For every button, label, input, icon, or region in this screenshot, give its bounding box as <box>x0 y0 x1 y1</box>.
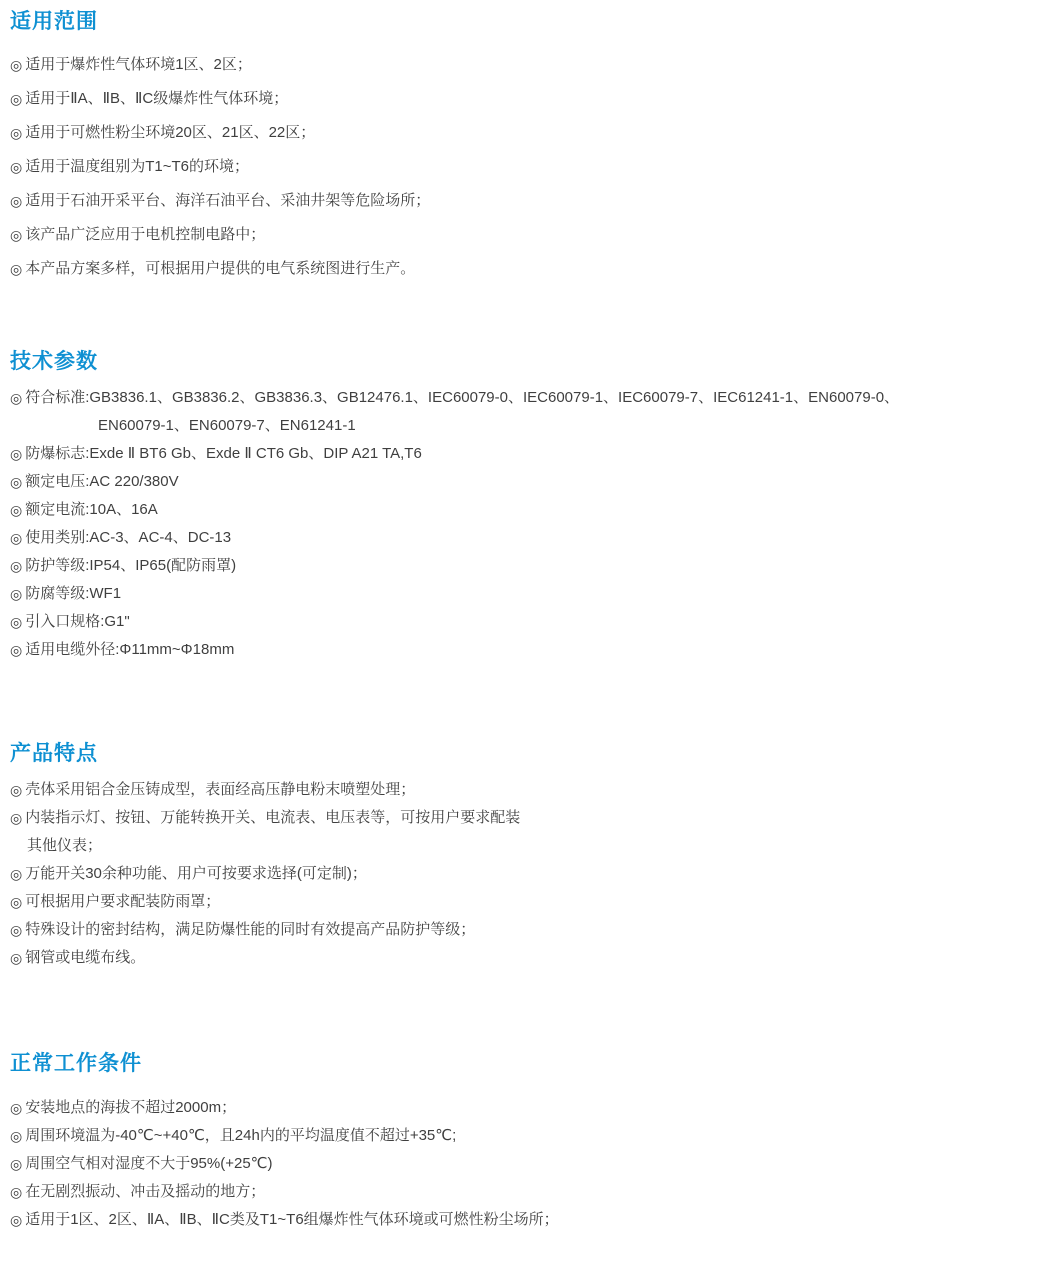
section-list: ◎符合标准:GB3836.1、GB3836.2、GB3836.3、GB12476… <box>10 384 1030 664</box>
bullet-icon: ◎ <box>10 860 22 888</box>
list-item: ◎该产品广泛应用于电机控制电路中； <box>10 218 1030 252</box>
list-item: ◎本产品方案多样，可根据用户提供的电气系统图进行生产。 <box>10 252 1030 286</box>
list-item-text: 本产品方案多样，可根据用户提供的电气系统图进行生产。 <box>25 252 415 286</box>
list-item: ◎额定电流:10A、16A <box>10 496 1030 524</box>
section-title: 正常工作条件 <box>10 1050 1030 1078</box>
section-list: ◎适用于爆炸性气体环境1区、2区；◎适用于ⅡA、ⅡB、ⅡC级爆炸性气体环境；◎适… <box>10 48 1030 286</box>
list-item: ◎防护等级:IP54、IP65(配防雨罩) <box>10 552 1030 580</box>
list-item-text: 特殊设计的密封结构，满足防爆性能的同时有效提高产品防护等级； <box>25 916 475 944</box>
list-item: ◎适用于爆炸性气体环境1区、2区； <box>10 48 1030 82</box>
list-item-text: 使用类别:AC-3、AC-4、DC-13 <box>25 524 231 552</box>
bullet-icon: ◎ <box>10 184 22 218</box>
list-item: ◎安装地点的海拔不超过2000m； <box>10 1094 1030 1122</box>
section-features: 产品特点◎壳体采用铝合金压铸成型，表面经高压静电粉末喷塑处理；◎内装指示灯、按钮… <box>10 740 1030 972</box>
bullet-icon: ◎ <box>10 776 22 804</box>
list-item: ◎可根据用户要求配装防雨罩； <box>10 888 1030 916</box>
list-item: ◎适用于可燃性粉尘环境20区、21区、22区； <box>10 116 1030 150</box>
bullet-icon: ◎ <box>10 636 22 664</box>
list-item: ◎适用电缆外径:Φ11mm~Φ18mm <box>10 636 1030 664</box>
list-item-text: 该产品广泛应用于电机控制电路中； <box>25 218 265 252</box>
section-working-conditions: 正常工作条件◎安装地点的海拔不超过2000m；◎周围环境温为-40℃~+40℃，… <box>10 1050 1030 1234</box>
bullet-icon: ◎ <box>10 1094 22 1122</box>
bullet-icon: ◎ <box>10 580 22 608</box>
list-item: ◎符合标准:GB3836.1、GB3836.2、GB3836.3、GB12476… <box>10 384 1030 412</box>
bullet-icon: ◎ <box>10 384 22 412</box>
list-item: ◎特殊设计的密封结构，满足防爆性能的同时有效提高产品防护等级； <box>10 916 1030 944</box>
bullet-icon: ◎ <box>10 916 22 944</box>
list-item: ◎周围环境温为-40℃~+40℃，且24h内的平均温度值不超过+35℃; <box>10 1122 1030 1150</box>
bullet-icon: ◎ <box>10 116 22 150</box>
bullet-icon: ◎ <box>10 804 22 832</box>
list-item: ◎在无剧烈振动、冲击及摇动的地方； <box>10 1178 1030 1206</box>
list-item: ◎适用于温度组别为T1~T6的环境； <box>10 150 1030 184</box>
list-item-text: 适用于爆炸性气体环境1区、2区； <box>25 48 252 82</box>
list-item-text: 钢管或电缆布线。 <box>25 944 145 972</box>
list-item-text: 周围环境温为-40℃~+40℃，且24h内的平均温度值不超过+35℃; <box>25 1122 456 1150</box>
bullet-icon: ◎ <box>10 608 22 636</box>
bullet-icon: ◎ <box>10 82 22 116</box>
list-item: ◎引入口规格:G1" <box>10 608 1030 636</box>
list-item-text: 在无剧烈振动、冲击及摇动的地方； <box>25 1178 265 1206</box>
section-title: 产品特点 <box>10 740 1030 768</box>
bullet-icon: ◎ <box>10 524 22 552</box>
section-list: ◎壳体采用铝合金压铸成型，表面经高压静电粉末喷塑处理；◎内装指示灯、按钮、万能转… <box>10 776 1030 972</box>
list-item-text: EN60079-1、EN60079-7、EN61241-1 <box>98 412 356 440</box>
list-item-text: 其他仪表； <box>27 832 102 860</box>
list-item: 其他仪表； <box>10 832 1030 860</box>
list-item-text: 防腐等级:WF1 <box>25 580 121 608</box>
catalog-page: 适用范围◎适用于爆炸性气体环境1区、2区；◎适用于ⅡA、ⅡB、ⅡC级爆炸性气体环… <box>0 0 1038 1263</box>
bullet-icon: ◎ <box>10 468 22 496</box>
sections: 适用范围◎适用于爆炸性气体环境1区、2区；◎适用于ⅡA、ⅡB、ⅡC级爆炸性气体环… <box>0 0 1038 1234</box>
list-item-text: 防护等级:IP54、IP65(配防雨罩) <box>25 552 236 580</box>
list-item: ◎适用于ⅡA、ⅡB、ⅡC级爆炸性气体环境； <box>10 82 1030 116</box>
list-item-text: 适用于温度组别为T1~T6的环境； <box>25 150 249 184</box>
list-item-text: 可根据用户要求配装防雨罩； <box>25 888 220 916</box>
list-item-text: 万能开关30余种功能、用户可按要求选择(可定制)； <box>25 860 367 888</box>
list-item: ◎防爆标志:Exde Ⅱ BT6 Gb、Exde Ⅱ CT6 Gb、DIP A2… <box>10 440 1030 468</box>
list-item-text: 额定电流:10A、16A <box>25 496 158 524</box>
list-item: ◎适用于1区、2区、ⅡA、ⅡB、ⅡC类及T1~T6组爆炸性气体环境或可燃性粉尘场… <box>10 1206 1030 1234</box>
section-scope: 适用范围◎适用于爆炸性气体环境1区、2区；◎适用于ⅡA、ⅡB、ⅡC级爆炸性气体环… <box>10 8 1030 286</box>
list-item-text: 适用于ⅡA、ⅡB、ⅡC级爆炸性气体环境； <box>25 82 288 116</box>
list-item-text: 适用于可燃性粉尘环境20区、21区、22区； <box>25 116 315 150</box>
list-item-text: 适用于1区、2区、ⅡA、ⅡB、ⅡC类及T1~T6组爆炸性气体环境或可燃性粉尘场所… <box>25 1206 558 1234</box>
list-item-text: 额定电压:AC 220/380V <box>25 468 178 496</box>
list-item: ◎钢管或电缆布线。 <box>10 944 1030 972</box>
list-item-text: 壳体采用铝合金压铸成型，表面经高压静电粉末喷塑处理； <box>25 776 415 804</box>
list-item-text: 适用于石油开采平台、海洋石油平台、采油井架等危险场所； <box>25 184 430 218</box>
list-item: EN60079-1、EN60079-7、EN61241-1 <box>10 412 1030 440</box>
list-item-text: 周围空气相对湿度不大于95%(+25℃) <box>25 1150 272 1178</box>
bullet-icon: ◎ <box>10 1178 22 1206</box>
bullet-icon: ◎ <box>10 552 22 580</box>
list-item-text: 防爆标志:Exde Ⅱ BT6 Gb、Exde Ⅱ CT6 Gb、DIP A21… <box>25 440 422 468</box>
list-item-text: 引入口规格:G1" <box>25 608 130 636</box>
section-title: 技术参数 <box>10 348 1030 376</box>
list-item-text: 符合标准:GB3836.1、GB3836.2、GB3836.3、GB12476.… <box>25 384 899 412</box>
section-title: 适用范围 <box>10 8 1030 36</box>
bullet-icon: ◎ <box>10 252 22 286</box>
bullet-icon: ◎ <box>10 888 22 916</box>
list-item: ◎额定电压:AC 220/380V <box>10 468 1030 496</box>
bullet-icon: ◎ <box>10 48 22 82</box>
bullet-icon: ◎ <box>10 944 22 972</box>
list-item: ◎万能开关30余种功能、用户可按要求选择(可定制)； <box>10 860 1030 888</box>
list-item: ◎适用于石油开采平台、海洋石油平台、采油井架等危险场所； <box>10 184 1030 218</box>
list-item: ◎使用类别:AC-3、AC-4、DC-13 <box>10 524 1030 552</box>
section-tech-params: 技术参数◎符合标准:GB3836.1、GB3836.2、GB3836.3、GB1… <box>10 348 1030 664</box>
bullet-icon: ◎ <box>10 218 22 252</box>
list-item-text: 内装指示灯、按钮、万能转换开关、电流表、电压表等，可按用户要求配装 <box>25 804 520 832</box>
list-item: ◎防腐等级:WF1 <box>10 580 1030 608</box>
bullet-icon: ◎ <box>10 150 22 184</box>
list-item-text: 安装地点的海拔不超过2000m； <box>25 1094 236 1122</box>
list-item: ◎壳体采用铝合金压铸成型，表面经高压静电粉末喷塑处理； <box>10 776 1030 804</box>
bullet-icon: ◎ <box>10 496 22 524</box>
bullet-icon: ◎ <box>10 1150 22 1178</box>
bullet-icon: ◎ <box>10 1122 22 1150</box>
bullet-icon: ◎ <box>10 1206 22 1234</box>
list-item: ◎周围空气相对湿度不大于95%(+25℃) <box>10 1150 1030 1178</box>
list-item-text: 适用电缆外径:Φ11mm~Φ18mm <box>25 636 234 664</box>
section-list: ◎安装地点的海拔不超过2000m；◎周围环境温为-40℃~+40℃，且24h内的… <box>10 1094 1030 1234</box>
list-item: ◎内装指示灯、按钮、万能转换开关、电流表、电压表等，可按用户要求配装 <box>10 804 1030 832</box>
bullet-icon: ◎ <box>10 440 22 468</box>
